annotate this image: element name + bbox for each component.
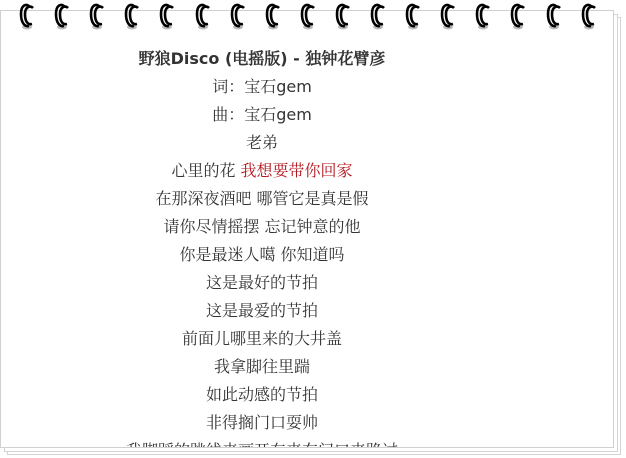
spiral-ring-icon <box>88 2 106 30</box>
lyric-line: 非得搁门口耍帅 <box>1 409 523 437</box>
spiral-ring-icon <box>334 2 352 30</box>
lyric-line: 老弟 <box>1 129 523 157</box>
lyric-line: 在那深夜酒吧 哪管它是真是假 <box>1 185 523 213</box>
notebook-page: 野狼Disco (电摇版) - 独钟花臂彦 词：宝石gem 曲：宝石gem 老弟… <box>0 10 614 448</box>
lyric-line: 如此动感的节拍 <box>1 381 523 409</box>
lyric-line: 这是最爱的节拍 <box>1 297 523 325</box>
spiral-ring-icon <box>509 2 527 30</box>
spiral-ring-icon <box>264 2 282 30</box>
lyric-line: 我拿脚往里踹 <box>1 353 523 381</box>
lyric-line: 前面儿哪里来的大井盖 <box>1 325 523 353</box>
spiral-ring-icon <box>18 2 36 30</box>
spiral-ring-icon <box>123 2 141 30</box>
spiral-ring-icon <box>194 2 212 30</box>
lyric-line-clipped: 我脚踩的跳线来画开车来在门口来路过 <box>1 437 523 447</box>
spiral-ring-icon <box>580 2 598 30</box>
lyricist-credit: 词：宝石gem <box>1 73 523 101</box>
lyrics-container: 野狼Disco (电摇版) - 独钟花臂彦 词：宝石gem 曲：宝石gem 老弟… <box>1 45 523 447</box>
song-title: 野狼Disco (电摇版) - 独钟花臂彦 <box>1 45 523 73</box>
spiral-binding <box>0 0 626 34</box>
lyric-highlight-text: 我想要带你回家 <box>241 161 353 180</box>
spiral-ring-icon <box>369 2 387 30</box>
spiral-ring-icon <box>404 2 422 30</box>
composer-credit: 曲：宝石gem <box>1 101 523 129</box>
spiral-ring-icon <box>474 2 492 30</box>
lyric-line: 这是最好的节拍 <box>1 269 523 297</box>
lyric-line: 请你尽情摇摆 忘记钟意的他 <box>1 213 523 241</box>
lyric-line: 你是最迷人噶 你知道吗 <box>1 241 523 269</box>
spiral-ring-icon <box>53 2 71 30</box>
spiral-ring-icon <box>439 2 457 30</box>
spiral-ring-icon <box>158 2 176 30</box>
notebook-stage: 野狼Disco (电摇版) - 独钟花臂彦 词：宝石gem 曲：宝石gem 老弟… <box>0 0 626 458</box>
spiral-ring-icon <box>299 2 317 30</box>
lyric-line-highlighted: 心里的花 我想要带你回家 <box>1 157 523 185</box>
lyric-plain-text: 心里的花 <box>171 161 240 180</box>
spiral-ring-icon <box>545 2 563 30</box>
spiral-ring-icon <box>229 2 247 30</box>
